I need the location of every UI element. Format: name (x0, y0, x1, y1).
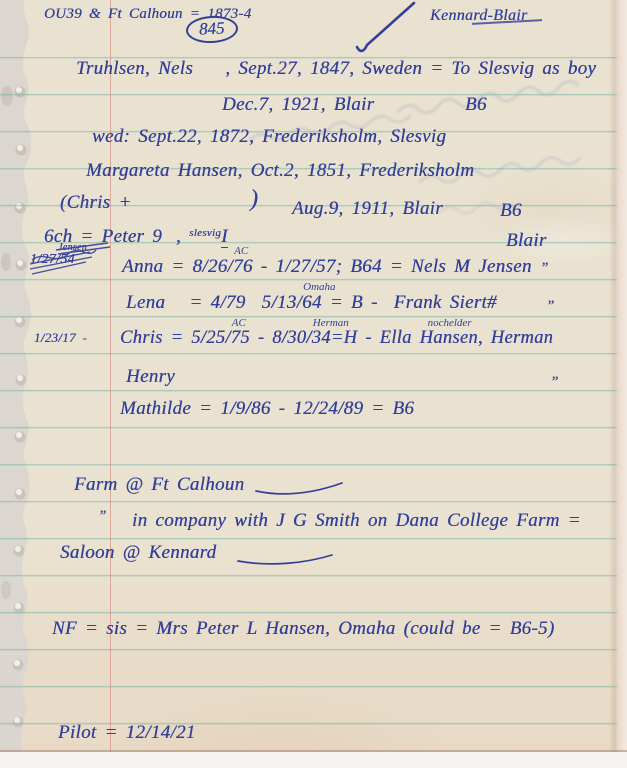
peter-note-numeral: I (221, 226, 228, 248)
child-row-anna: Anna = 8/26/AC76 - 1/27/57; B64 = Nels M… (122, 256, 532, 278)
footer-pilot-line: Pilot = 12/14/21 (58, 722, 196, 744)
underline-flourish (236, 552, 336, 568)
subject-death-code: B6 (465, 94, 487, 116)
scan-bottom-strip (0, 750, 627, 768)
informant-line: NF = sis = Mrs Peter L Hansen, Omaha (co… (52, 618, 554, 640)
scribble-strokes (26, 240, 126, 290)
chris-superscript-note: nochelder (428, 317, 472, 329)
subject-name-line: Truhlsen, Nels , Sept.27, 1847, Sweden =… (76, 58, 596, 80)
spouse-paren-close: ) (250, 186, 258, 213)
margin-scribble: Jensen 1/27/54 (26, 240, 126, 290)
marriage-line: wed: Sept.22, 1872, Frederiksholm, Slesv… (92, 126, 446, 148)
child-row-henry: Henry (126, 366, 175, 388)
chris-superscript-ac: AC (232, 317, 246, 329)
scan-right-edge (609, 0, 627, 768)
check-mark (350, 0, 422, 58)
ditto-mark: ” (550, 374, 559, 391)
chris-superscript-herman: Herman (313, 317, 349, 329)
chris-margin-date: 1/23/17 - (34, 330, 87, 346)
child-row-lena: Lena = 4/79 5/13/Omaha64 = B - Frank Sie… (126, 292, 497, 314)
underline-flourish (254, 480, 346, 498)
occupation-company-line: in company with J G Smith on Dana Colleg… (132, 510, 581, 532)
ditto-mark: ” (540, 260, 549, 277)
ditto-mark: ” (546, 298, 555, 315)
child-peter-note: , slesvigI (176, 226, 228, 248)
ditto-mark: ” (98, 508, 107, 525)
child-row-mathilde: Mathilde = 1/9/86 - 12/24/89 = B6 (120, 398, 414, 420)
occupation-saloon-line: Saloon @ Kennard (60, 542, 216, 564)
occupation-farm-line: Farm @ Ft Calhoun (74, 474, 244, 496)
spouse-line: Margareta Hansen, Oct.2, 1851, Frederiks… (86, 160, 474, 182)
spouse-death-code: B6 (500, 200, 522, 222)
child-place-blair: Blair (506, 230, 547, 252)
child-row-chris: Chris = 5/25/AC75 - 8/30/Herman34=H - El… (120, 328, 553, 349)
spouse-paren-open: (Chris + (60, 192, 132, 214)
anna-superscript: AC (234, 245, 248, 257)
spouse-death-line: Aug.9, 1911, Blair (292, 198, 443, 220)
peter-note-slesvig: slesvig (189, 227, 221, 239)
subject-death-line: Dec.7, 1921, Blair (222, 94, 374, 116)
lena-superscript: Omaha (303, 281, 335, 293)
